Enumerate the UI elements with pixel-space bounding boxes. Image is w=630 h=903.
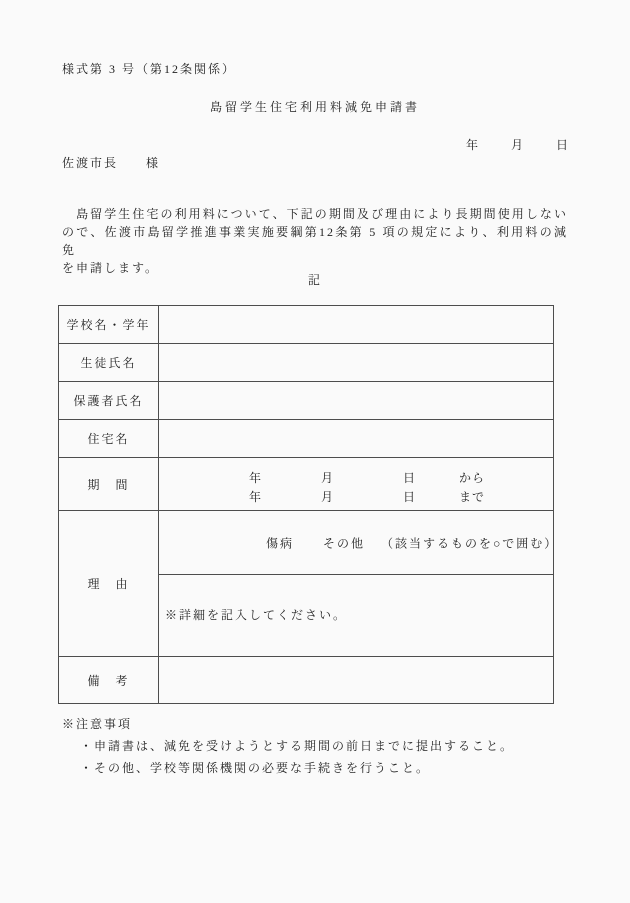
student-name-input-cell[interactable] <box>159 344 554 382</box>
reason-detail-note: ※詳細を記入してください。 <box>159 606 553 626</box>
row-label-reason: 理 由 <box>59 511 159 657</box>
document-title: 島留学生住宅利用料減免申請書 <box>0 98 630 115</box>
date-day-label: 日 <box>556 136 568 153</box>
notes-heading: ※注意事項 <box>62 715 132 732</box>
date-line: 年 月 日 <box>466 136 568 153</box>
row-label-guardian-name: 保護者氏名 <box>59 382 159 420</box>
note-item: ・申請書は、減免を受けようとする期間の前日までに提出すること。 <box>80 737 514 754</box>
reason-options-cell[interactable]: 傷病 その他 （該当するものを○で囲む） <box>159 511 554 575</box>
table-row: 期 間 年 月 日 から 年 月 日 まで <box>59 458 554 511</box>
period-to-line: 年 月 日 まで <box>159 488 553 507</box>
period-from-year-label: 年 <box>249 469 262 486</box>
body-line: ので、佐渡市島留学推進事業実施要綱第12条第 5 項の規定により、利用料の減免 <box>62 223 568 259</box>
row-label-student-name: 生徒氏名 <box>59 344 159 382</box>
school-grade-input-cell[interactable] <box>159 306 554 344</box>
period-to-suffix: まで <box>459 488 485 505</box>
document-page: 様式第 3 号（第12条関係） 島留学生住宅利用料減免申請書 年 月 日 佐渡市… <box>0 0 630 903</box>
table-row: 学校名・学年 <box>59 306 554 344</box>
table-row: 保護者氏名 <box>59 382 554 420</box>
reason-detail-input-cell[interactable]: ※詳細を記入してください。 <box>159 575 554 657</box>
note-item: ・その他、学校等関係機関の必要な手続きを行うこと。 <box>80 759 430 776</box>
row-label-school-grade: 学校名・学年 <box>59 306 159 344</box>
date-year-label: 年 <box>466 136 478 153</box>
period-from-suffix: から <box>459 469 485 486</box>
addressee-line: 佐渡市長 様 <box>62 154 160 171</box>
reason-circle-instruction: （該当するものを○で囲む） <box>381 534 558 551</box>
remarks-input-cell[interactable] <box>159 657 554 704</box>
ki-heading: 記 <box>0 271 630 288</box>
body-line: 島留学生住宅の利用料について、下記の期間及び理由により長期間使用しない <box>62 205 568 223</box>
period-from-day-label: 日 <box>403 469 416 486</box>
form-number: 様式第 3 号（第12条関係） <box>62 60 236 77</box>
table-row: 備 考 <box>59 657 554 704</box>
table-row: 住宅名 <box>59 420 554 458</box>
reason-option-injury[interactable]: 傷病 <box>266 534 294 551</box>
period-to-year-label: 年 <box>249 488 262 505</box>
body-paragraph: 島留学生住宅の利用料について、下記の期間及び理由により長期間使用しない ので、佐… <box>62 205 568 277</box>
row-label-period: 期 間 <box>59 458 159 511</box>
row-label-housing-name: 住宅名 <box>59 420 159 458</box>
housing-name-input-cell[interactable] <box>159 420 554 458</box>
period-input-cell[interactable]: 年 月 日 から 年 月 日 まで <box>159 458 554 511</box>
row-label-remarks: 備 考 <box>59 657 159 704</box>
table-row: 理 由 傷病 その他 （該当するものを○で囲む） <box>59 511 554 575</box>
application-table: 学校名・学年 生徒氏名 保護者氏名 住宅名 期 間 年 月 日 か <box>58 305 554 704</box>
reason-option-other[interactable]: その他 <box>323 534 365 551</box>
period-to-month-label: 月 <box>321 488 334 505</box>
date-month-label: 月 <box>511 136 523 153</box>
period-to-day-label: 日 <box>403 488 416 505</box>
period-from-line: 年 月 日 から <box>159 469 553 488</box>
table-row: 生徒氏名 <box>59 344 554 382</box>
guardian-name-input-cell[interactable] <box>159 382 554 420</box>
period-from-month-label: 月 <box>321 469 334 486</box>
